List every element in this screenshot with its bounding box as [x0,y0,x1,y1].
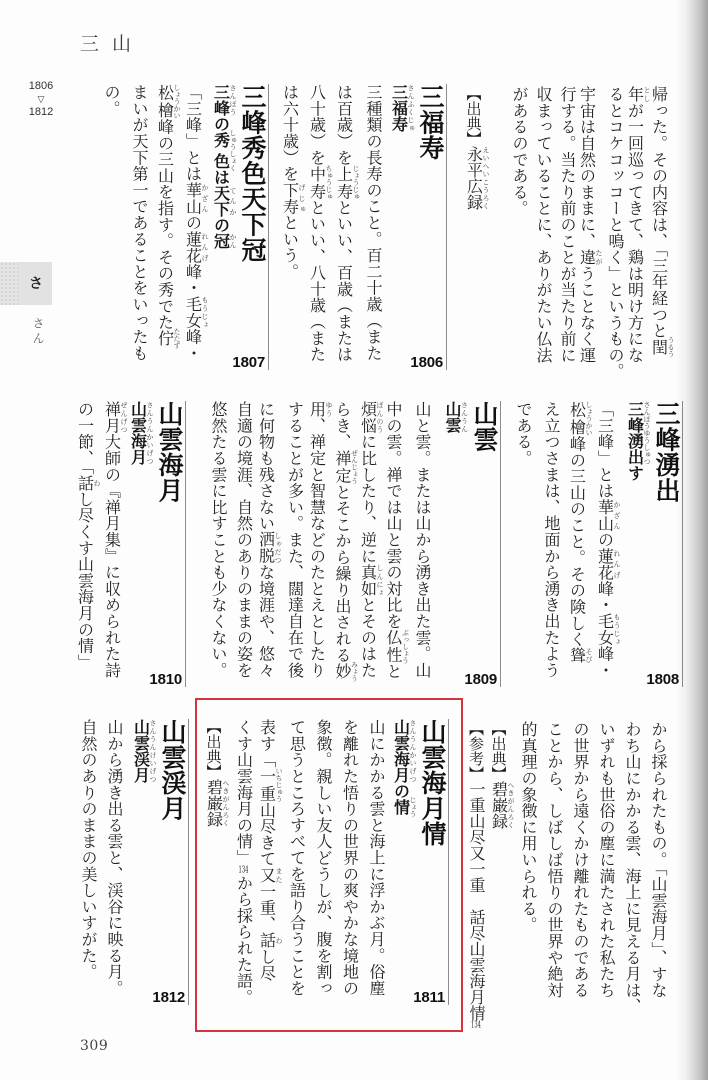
ruby-reading: もうじょ [613,613,621,646]
definition: 禅月ぜんげつ大師の『禅月集』に収められた詩の一節、「話わし尽くす山雲海月の情」 [74,401,128,687]
text-line: である。 [509,401,537,687]
definition: 山と雲。または山から湧き出た雲。山中の雲。禅では山と雲の対比を仏性ぶっしょうと煩… [206,401,436,687]
index-reading: さん [30,317,47,347]
continuation-text-top: 帰った。その内容は、「三年経つと閏うるう年としが一回巡ってきて、鶏は明け方になる… [466,86,675,372]
headword: 三峰湧出 [651,401,681,687]
ruby-reading: さんふくじゅ [407,84,415,132]
text-line: 収まっていることに、ありがたい仏法 [531,86,555,372]
ruby-reading: じょうじゅ [352,165,360,200]
text-line: があるのである。 [507,86,531,372]
ruby-reading: とし [643,86,651,102]
ruby-reading: しょうかい [585,401,593,436]
ruby-annotated-word: 蓮花れんげ [596,548,615,581]
subhead: 三峰さんぽうの秀色しゅうしょくは天下てんかの冠かん [209,84,237,370]
ruby-reading: みょう [351,661,359,682]
entry-1812: 山雲渓月 山雲渓月さんうんけいげつ 山から湧き出る雲と、渓谷に映る月。自然のあり… [75,719,189,1005]
ruby-reading: げじゅ [298,182,306,215]
ruby-reading: れんげ [201,231,209,264]
ruby-reading: そび [585,647,593,663]
ruby-annotated-word: 毛女もうじょ [184,296,203,329]
ruby-annotated-word: 佇たたず [156,330,175,349]
ruby-annotated-word: 中寿ちゅうじゅ [308,166,327,200]
ruby-annotated-word: 聳そび [568,647,587,663]
ruby-reading: さんうんかいげつ [146,401,154,465]
ruby-reading: かざん [201,182,209,215]
headword: 山雲海月 [154,401,184,687]
ruby-reading: ぼんのう [376,401,384,434]
text-line: 自適の境涯、自然のありのままの姿を [231,401,257,687]
text-line: いずれも世俗の塵に満たされた私たち [593,721,619,1007]
entry-number: 1810 [149,672,182,687]
ruby-reading: れんげ [613,548,621,581]
reference-text: 一重山尽又一重 話尽山雲海月情134 [467,781,486,1030]
text-line: の世界から遠くかけ離れたものである [567,721,593,1007]
range-marker-icon: ▽ [27,93,55,106]
reference-line: 【参考】一重山尽又一重 話尽山雲海月情134 [463,721,489,1007]
text-line: 中の雲。禅では山と雲の対比を仏性ぶっしょうと [384,401,410,687]
headword: 山雲渓月 [157,719,187,1005]
entry-number: 1806 [410,355,443,370]
ruby-annotated-word: 違たが [578,249,597,265]
text-line: 山と雲。または山から湧き出た雲。山 [410,401,436,687]
index-tab [0,262,52,305]
entry-range: 1806 ▽ 1812 [27,80,55,119]
ruby-annotated-word: 冠かん [212,233,231,249]
note-number: 134 [471,1021,481,1030]
entry-1808: 三峰湧出 三峰湧出さんぽうゆうしゅつす 「三峰」とは華山かざんの蓮花れんげ峰・毛… [509,401,683,687]
text-line: まいが天下第一であることをいったも [125,84,153,370]
page-number: 309 [80,1038,108,1054]
ruby-annotated-word: 仏性ぶっしょう [384,629,403,663]
text-line: 自然のありのままの美しいすがた。 [75,719,101,1005]
ruby-reading: ぶっしょう [402,629,410,664]
source-title: 碧巌録へきがんろく [490,781,509,829]
ruby-annotated-word: 碧巌録へきがんろく [490,781,509,829]
ruby-annotated-word: 上寿じょうじゅ [335,166,354,200]
range-to: 1812 [27,106,55,119]
ruby-reading: わ [93,475,101,491]
ruby-reading: かざん [613,499,621,532]
ruby-annotated-word: 閏うるう [650,339,669,358]
text-line: 煩悩ぼんのうに比したり、逆に真如しんにょとそのはた [359,401,385,687]
headword: 山雲 [469,401,499,687]
ruby-reading: もうじょ [201,296,209,329]
ruby-annotated-word: 下寿げじゅ [281,182,300,215]
ruby-reading: たが [595,249,603,265]
entry-1806: 三福寿 三福寿さんふくじゅ 三種類の長寿のこと。百二十歳（または百歳）を上寿じょ… [279,84,447,370]
ruby-annotated-word: 山雲渓月さんうんけいげつ [132,719,151,783]
ruby-annotated-word: 用ゆう [308,401,327,417]
ruby-reading: えいへいこうろく [482,146,490,210]
source-title: 永平広録えいへいこうろく [465,146,484,210]
ruby-reading: うるう [667,336,675,357]
text-line: 宇宙は自然のままに、違たがうことなく運 [579,86,603,372]
continuation-text-1810: から採られたもの。「山雲海月」、すなわち山にかかる雲、海上に見える月は、いずれも… [463,721,671,1007]
subhead: 山雲渓月さんうんけいげつ [127,719,157,1005]
ruby-reading: ゆう [325,401,333,417]
ruby-reading: さんぽう [229,84,237,116]
entry-number: 1808 [646,672,679,687]
ruby-reading: たたず [173,328,181,349]
text-line: 行する。当たり前のことが当たり前に [555,86,579,372]
entry-1809: 山雲 山雲さんうん 山と雲。または山から湧き出た雲。山中の雲。禅では山と雲の対比… [206,401,502,687]
text-line: らき、禅定ぜんじょうとそこから繰り出される妙みょう [333,401,359,687]
definition: 「三峰」とは華山かざんの蓮花れんげ峰・毛女もうじょ峰・松檜しょうかい峰の三山のこ… [509,401,621,687]
ruby-reading: さんうんけいげつ [149,719,157,783]
ruby-annotated-word: 華山かざん [596,499,615,532]
subhead: 三福寿さんふくじゅ [387,84,415,370]
ruby-reading: ぜんじょう [351,449,359,484]
ruby-reading: しゅうしょく [229,130,237,172]
text-line: 「三峰」とは華山かざんの蓮花れんげ峰・毛女もうじょ峰・ [181,84,209,370]
text-line: は六十歳）を下寿げじゅという。 [279,84,306,370]
text-line: 悠然たる雲に比すことも少なくない。 [206,401,232,687]
text-line: ことから、しばしば悟りの世界や絶対 [541,721,567,1007]
ruby-annotated-word: 松檜しょうかい [568,401,587,435]
ruby-annotated-word: 永平広録えいへいこうろく [465,146,484,210]
reference-label: 【参考】 [467,721,485,781]
text-line: 松檜しょうかい峰の三山のこと。その険しく聳そび [565,401,593,687]
ruby-annotated-word: 山雲海月さんうんかいげつ [129,401,148,465]
text-line: 用ゆう、禅定と智慧などのたとえとしたり [308,401,334,687]
source-line: 【出典】碧巌録へきがんろく [489,721,515,1007]
ruby-reading: さんうん [461,401,469,433]
ruby-annotated-word: 蓮花れんげ [184,231,203,264]
source-label: 【出典】 [465,86,483,146]
continuation-lines: から採られたもの。「山雲海月」、すなわち山にかかる雲、海上に見える月は、いずれも… [515,721,671,1007]
source-line: 【出典】永平広録えいへいこうろく [466,86,490,372]
ruby-annotated-word: 山雲さんうん [443,401,462,433]
text-line: 松檜しょうかい峰の三山を指す。その秀でた佇たたず [153,84,181,370]
text-line: することが多い。また、闊達自在で後 [282,401,308,687]
ruby-reading: しんにょ [376,564,384,597]
text-line: 八十歳）を中寿ちゅうじゅといい、八十歳（また [306,84,333,370]
highlight-box-1811 [195,698,463,1032]
ruby-reading: かん [229,233,237,249]
headword: 三峰秀色天下冠 [237,84,267,370]
subhead: 山雲さんうん [435,401,469,687]
subhead: 三峰湧出さんぽうゆうしゅつす [621,401,651,687]
ruby-annotated-word: 三福寿さんふくじゅ [390,84,409,132]
ruby-annotated-word: 松檜しょうかい [156,84,175,118]
ruby-annotated-word: 禅定ぜんじょう [333,450,352,484]
text-line: るとコケコッコーと鳴く」というもの。 [603,86,627,372]
entry-number: 1809 [464,672,497,687]
ruby-reading: ぜんげつ [120,401,128,434]
text-line: わち山にかかる雲、海上に見える月は、 [619,721,645,1007]
ruby-reading: さんぽうゆうしゅつ [643,401,651,465]
running-head: 三山 [80,29,144,56]
entry-number: 1807 [232,355,265,370]
ruby-annotated-word: 禅月ぜんげつ [103,401,122,434]
subhead: 山雲海月さんうんかいげつ [128,401,154,687]
text-line: 「三峰」とは華山かざんの蓮花れんげ峰・毛女もうじょ峰・ [593,401,621,687]
text-line: え立つさまは、地面から湧き出たよう [537,401,565,687]
ruby-annotated-word: 秀色しゅうしょく [212,132,231,169]
entry-1810: 山雲海月 山雲海月さんうんかいげつ 禅月ぜんげつ大師の『禅月集』に収められた詩の… [74,401,186,687]
text-line: は百歳）を上寿じょうじゅといい、百歳（または [333,84,360,370]
ruby-annotated-word: 三峰さんぽう [212,84,231,116]
ruby-annotated-word: 洒脱しゃだつ [257,531,276,564]
text-line: 禅月ぜんげつ大師の『禅月集』に収められた詩 [101,401,128,687]
continuation-lines: 帰った。その内容は、「三年経つと閏うるう年としが一回巡ってきて、鶏は明け方になる… [507,86,675,372]
definition: 「三峰」とは華山かざんの蓮花れんげ峰・毛女もうじょ峰・松檜しょうかい峰の三山を指… [97,84,209,370]
ruby-reading: ちゅうじゅ [325,165,333,200]
ruby-reading: へきがんろく [507,781,515,829]
text-line: 山から湧き出る雲と、渓谷に映る月。 [101,719,127,1005]
index-tab-kana: さ [29,273,43,293]
headword: 三福寿 [415,84,445,370]
ruby-annotated-word: 話わ [76,475,95,491]
ruby-annotated-word: 妙みょう [333,663,352,682]
ruby-annotated-word: 三峰湧出さんぽうゆうしゅつ [626,401,645,465]
ruby-annotated-word: 煩悩ぼんのう [359,401,378,434]
source-label: 【出典】 [490,721,508,781]
ruby-reading: しょうかい [173,84,181,119]
text-line: の一節、「話わし尽くす山雲海月の情」 [74,401,101,687]
ruby-annotated-word: 年とし [626,86,645,102]
text-line: から採られたもの。「山雲海月」、すな [645,721,671,1007]
text-line: 帰った。その内容は、「三年経つと閏うるう [651,86,675,372]
text-line: 的真理の象徴に用いられる。 [515,721,541,1007]
entry-number: 1812 [152,990,185,1005]
entry-1807: 三峰秀色天下冠 三峰さんぽうの秀色しゅうしょくは天下てんかの冠かん 「三峰」とは… [97,84,269,370]
range-from: 1806 [27,80,55,93]
ruby-annotated-word: 毛女もうじょ [596,613,615,646]
ruby-annotated-word: 天下てんか [212,185,231,217]
ruby-reading: てんか [229,185,237,217]
text-line: に何物も残さない洒脱しゃだつな境涯や、悠々 [257,401,283,687]
ruby-reading: しゃだつ [274,531,282,564]
dictionary-page: 三山 1806 ▽ 1812 さ さん 帰った。その内容は、「三年経つと閏うるう… [0,0,708,1080]
ruby-annotated-word: 華山かざん [184,182,203,215]
text-line: の。 [97,84,125,370]
text-line: 三種類の長寿のこと。百二十歳（また [360,84,387,370]
definition: 三種類の長寿のこと。百二十歳（または百歳）を上寿じょうじゅといい、百歳（または八… [279,84,387,370]
definition: 山から湧き出る雲と、渓谷に映る月。自然のありのままの美しいすがた。 [75,719,127,1005]
ruby-annotated-word: 真如しんにょ [359,564,378,597]
